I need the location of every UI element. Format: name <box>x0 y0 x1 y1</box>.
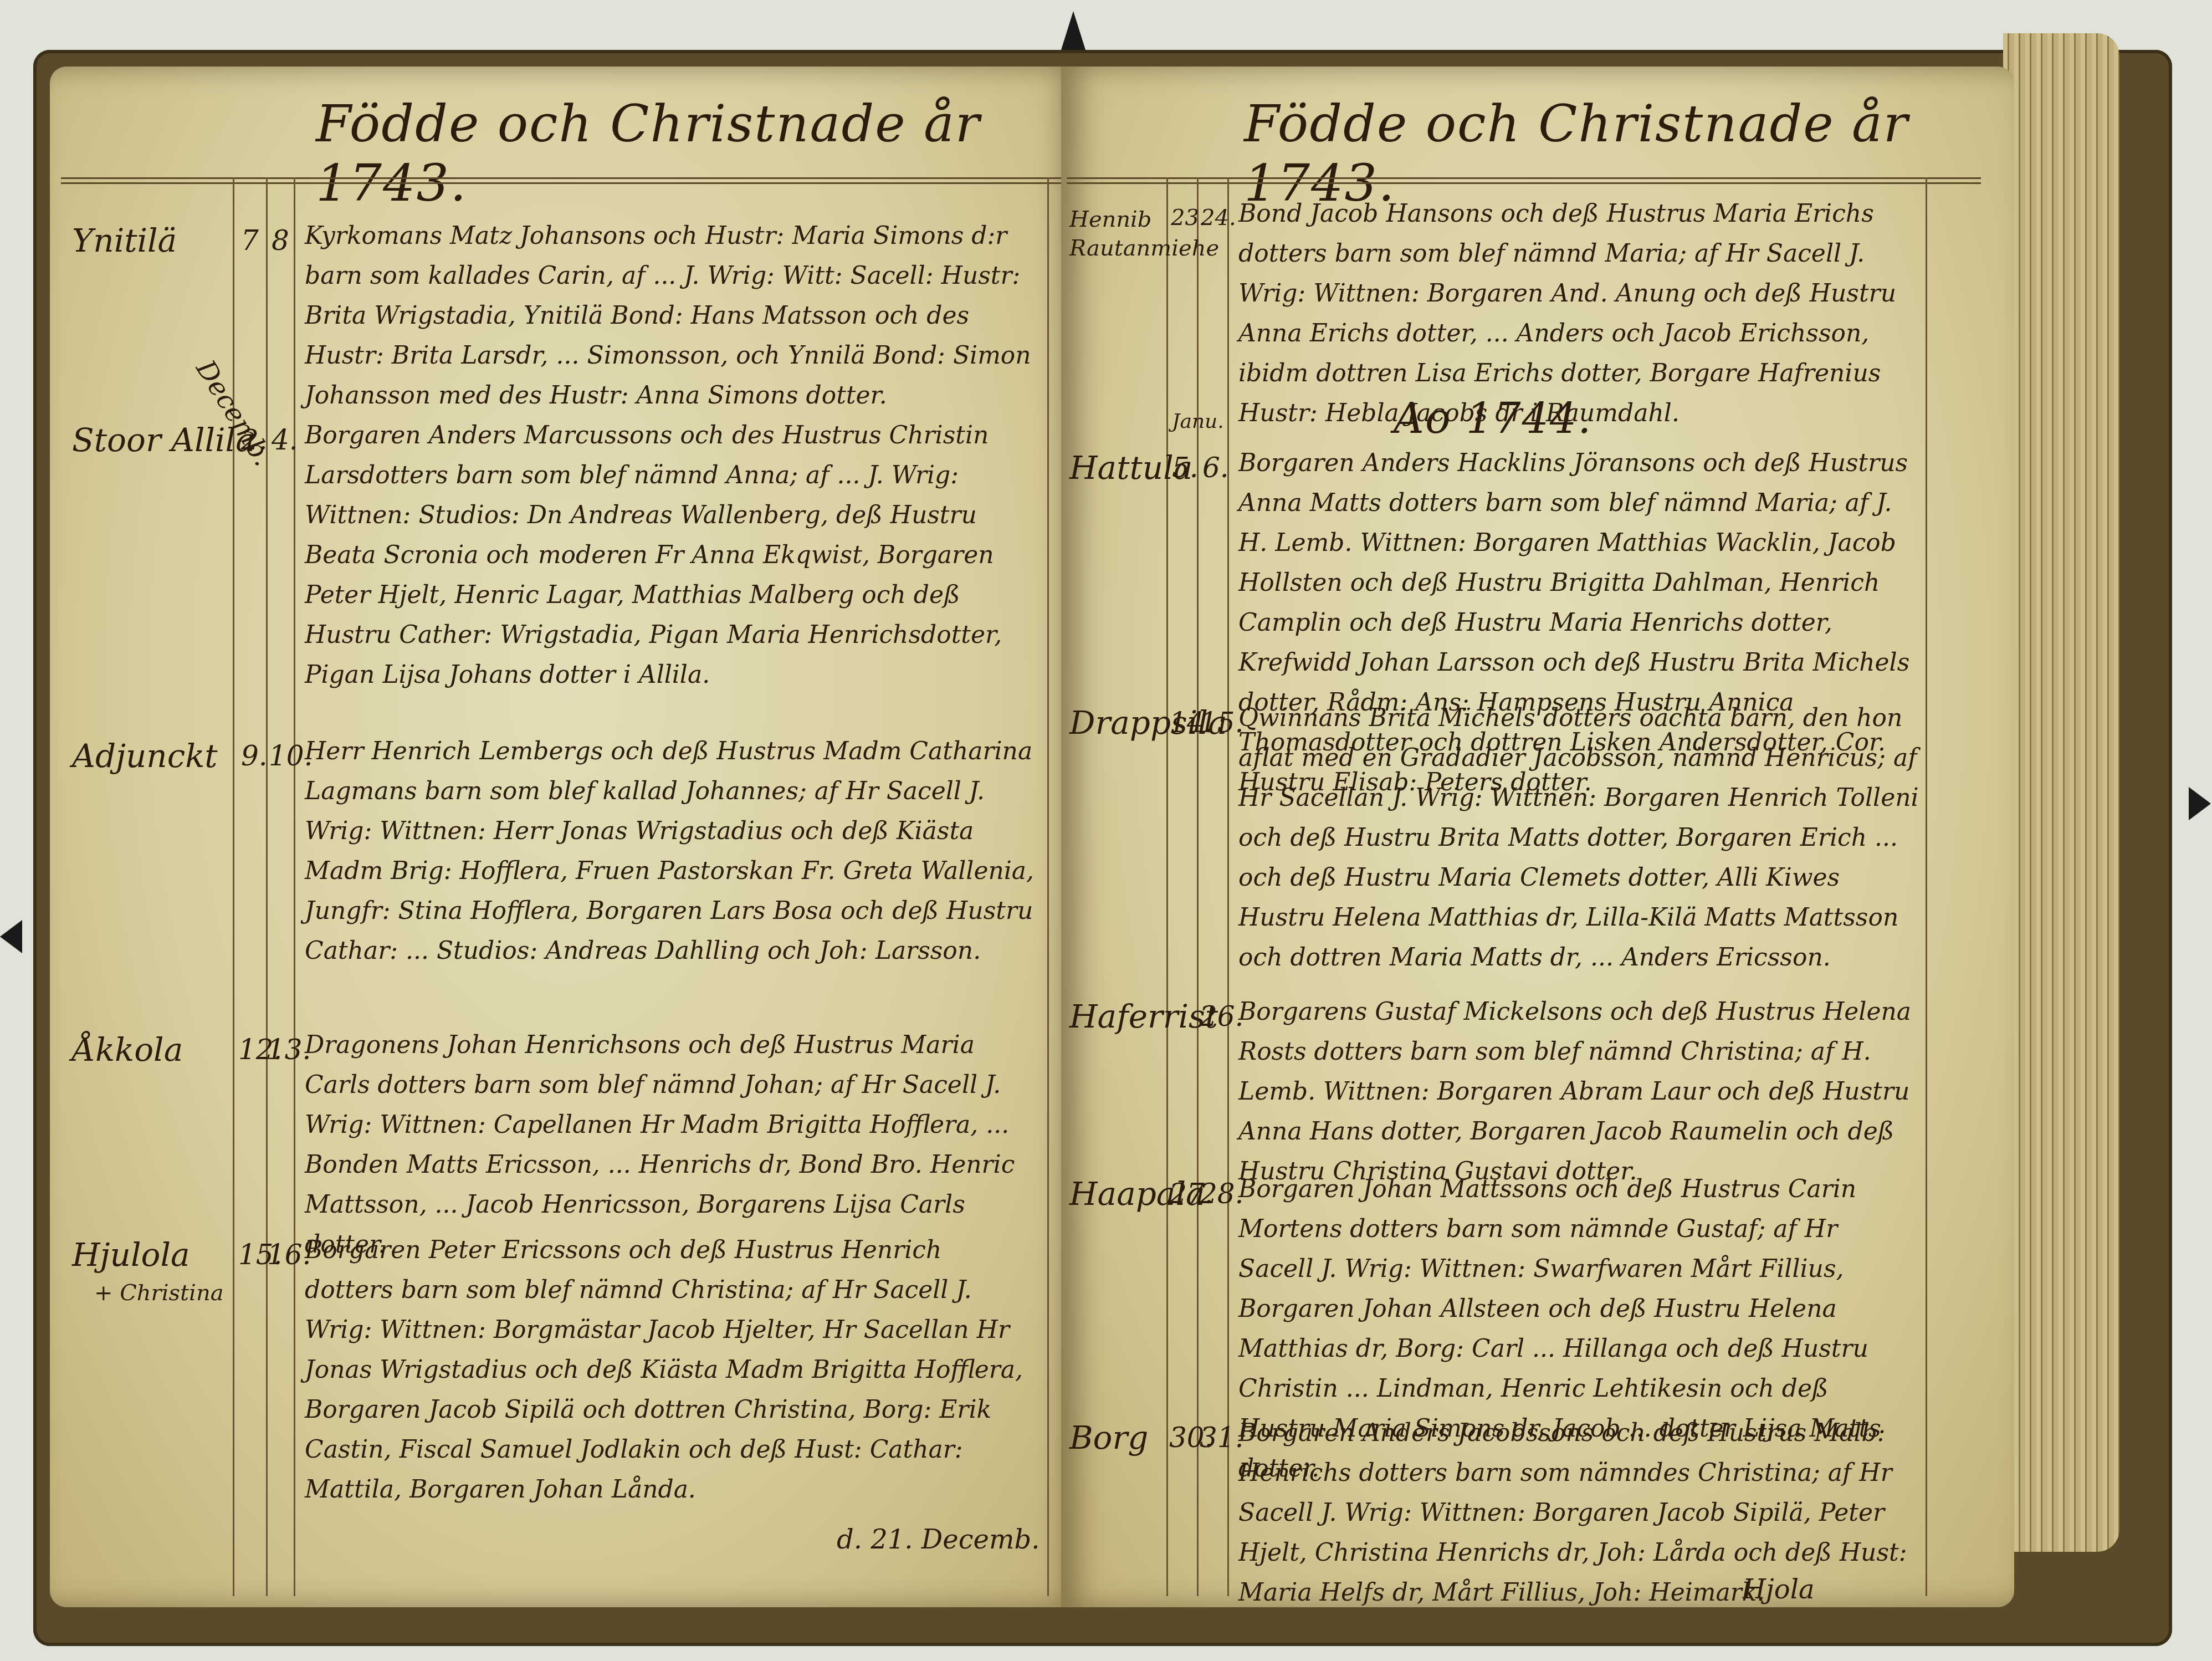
entry-place: Hjulola <box>72 1236 190 1274</box>
entry-text: Kyrkomans Matz Johansons och Hustr: Mari… <box>305 216 1036 416</box>
entry-text: Borgaren Peter Ericssons och deß Hustrus… <box>305 1230 1036 1510</box>
entry-place: Hennib Rautanmiehe <box>1069 205 1164 263</box>
right-page: Födde och Christnade år 1743. Hennib Rau… <box>1061 67 2014 1607</box>
entry-baptized: 4. <box>272 424 298 456</box>
year-section-heading: Ao 1744. <box>1394 393 1592 443</box>
signature: Hjola <box>1743 1574 1815 1605</box>
entry-born: 2. <box>241 424 268 456</box>
entry-place: Stoor Allila <box>72 421 255 459</box>
entry-baptized: 15. <box>1200 707 1244 739</box>
signature: d. 21. Decemb. <box>837 1524 1040 1555</box>
entry-baptized: 8 <box>272 224 289 257</box>
entry-place: Åkkola <box>72 1031 183 1069</box>
entry-baptized: 26. <box>1200 1000 1244 1033</box>
header-rule <box>1067 177 1981 184</box>
column-line <box>1197 177 1199 1596</box>
entry-place: Adjunckt <box>72 737 218 775</box>
binding-clip-icon <box>0 920 22 953</box>
left-page-title: Födde och Christnade år 1743. <box>316 94 1081 213</box>
right-margin-line <box>1047 177 1049 1596</box>
entry-born: 7 <box>241 224 259 257</box>
entry-baptized: 28. <box>1200 1178 1244 1210</box>
month-marker: Janu. <box>1172 410 1224 433</box>
entry-baptized: 31. <box>1200 1422 1244 1454</box>
binding-clip-icon <box>2189 787 2211 820</box>
header-rule <box>61 177 1069 184</box>
entry-text: Borgarens Gustaf Mickelsons och deß Hust… <box>1238 992 1920 1192</box>
entry-baptized: 24. <box>1201 205 1236 231</box>
entry-text: Herr Henrich Lembergs och deß Hustrus Ma… <box>305 732 1036 971</box>
page-edges <box>2003 33 2119 1552</box>
entry-text: Dragonens Johan Henrichsons och deß Hust… <box>305 1025 1036 1265</box>
left-page: Födde och Christnade år 1743. Decemb. Yn… <box>50 67 1081 1607</box>
column-line <box>1227 177 1229 1596</box>
right-margin-line <box>1926 177 1927 1596</box>
entry-text: Qwinnans Brita Michels dotters oächta ba… <box>1238 698 1920 978</box>
entry-place: Haferrist <box>1069 998 1218 1035</box>
column-line <box>1166 177 1168 1596</box>
entry-place: Borg <box>1069 1419 1148 1456</box>
column-line <box>294 177 295 1596</box>
entry-born: 5. <box>1172 452 1199 484</box>
entry-note: + Christina <box>94 1280 224 1306</box>
column-line <box>266 177 268 1596</box>
entry-born: 9. <box>241 740 268 772</box>
entry-text: Borgaren Anders Marcussons och des Hustr… <box>305 416 1036 695</box>
binding-clip-icon <box>1061 11 1085 50</box>
entry-baptized: 6. <box>1202 452 1229 484</box>
entry-text: Borgaren Anders Jacobssons och deß Hustr… <box>1238 1413 1920 1607</box>
entry-place: Ynitilä <box>72 222 177 259</box>
